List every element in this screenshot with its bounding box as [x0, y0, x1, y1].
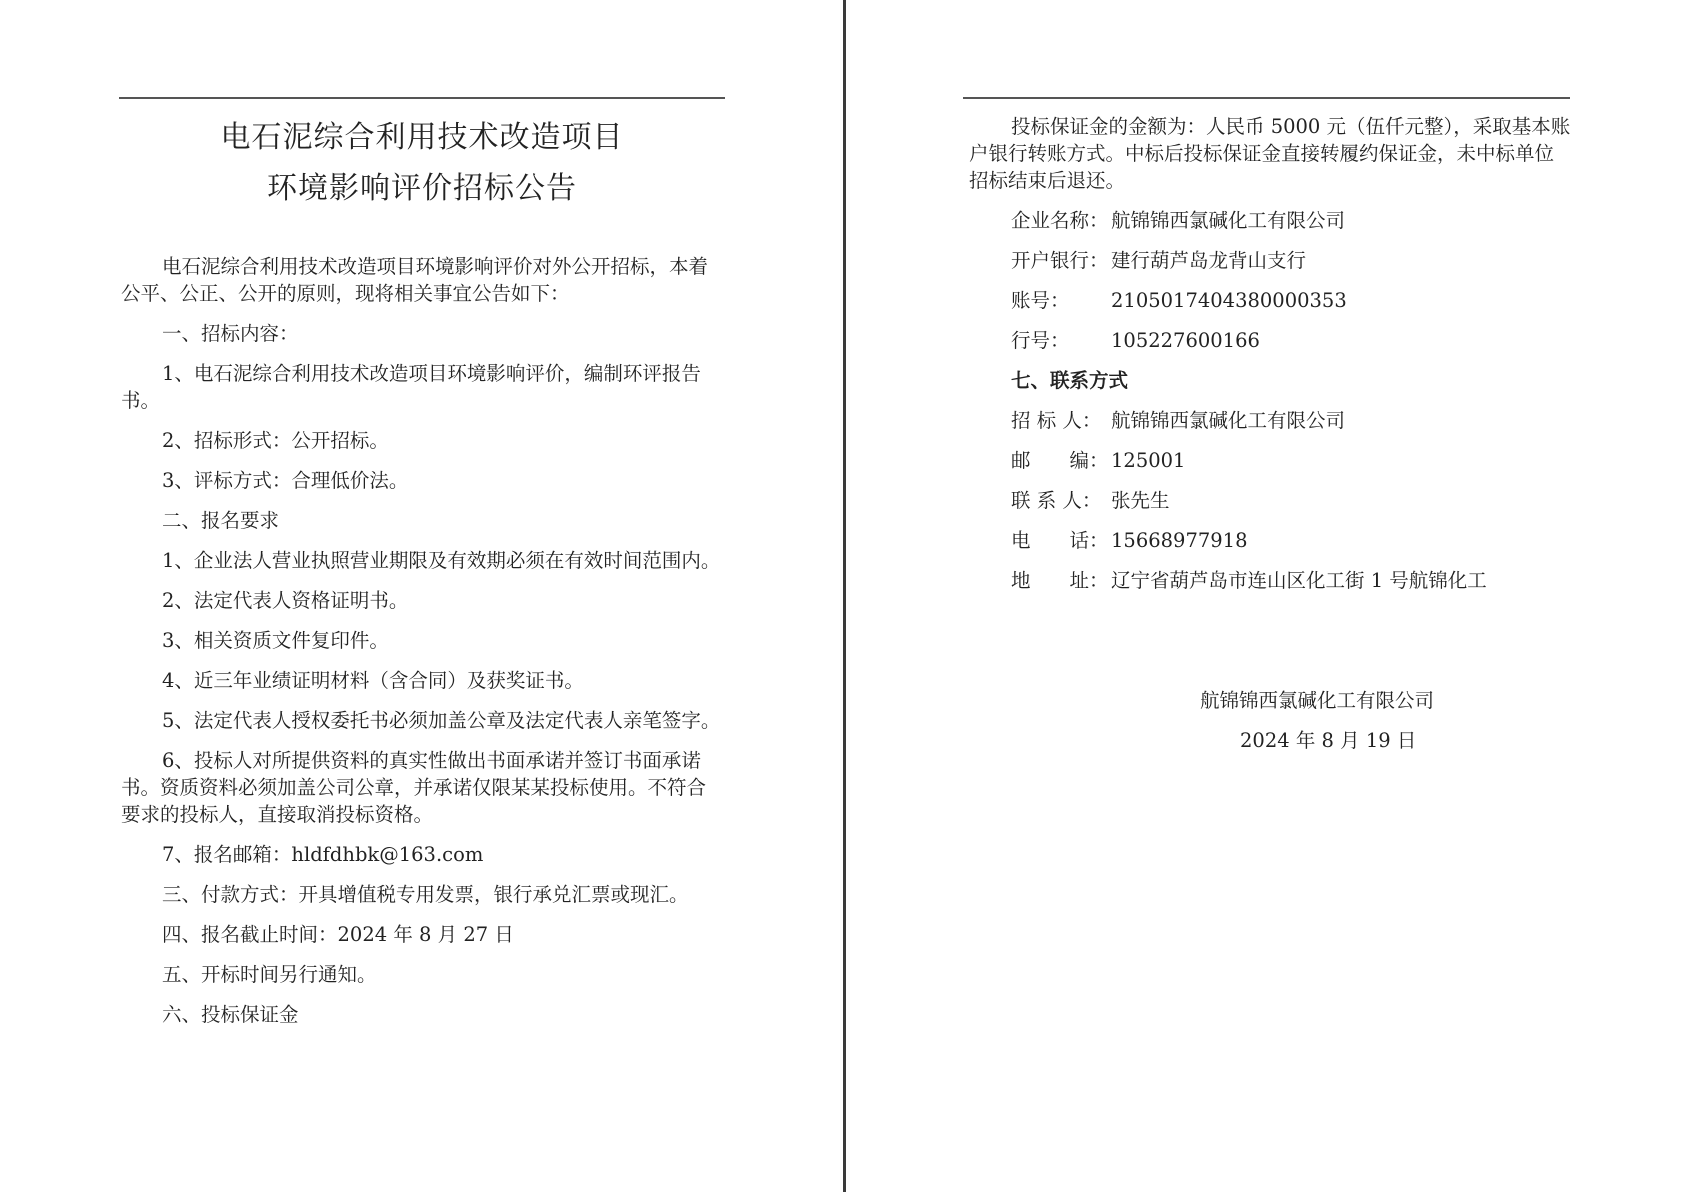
section6-heading: 六、投标保证金	[162, 1001, 299, 1028]
section3-payment: 三、付款方式：开具增值税专用发票，银行承兑汇票或现汇。	[162, 881, 689, 908]
field-value: 航锦锦西氯碱化工有限公司	[1111, 207, 1345, 234]
header-rule	[963, 97, 1570, 99]
section1-item1-line1: 1、电石泥综合利用技术改造项目环境影响评价，编制环评报告	[162, 360, 701, 387]
field-label: 邮 编：	[1011, 447, 1109, 474]
field-label: 电 话：	[1011, 527, 1109, 554]
section1-heading: 一、招标内容：	[162, 320, 299, 347]
section7-heading: 七、联系方式	[1011, 367, 1128, 394]
section5-opening: 五、开标时间另行通知。	[162, 961, 377, 988]
contact-person: 联 系 人：张先生	[1011, 487, 1101, 514]
right-page: 投标保证金的金额为：人民币 5000 元（伍仟元整），采取基本账 户银行转账方式…	[847, 0, 1688, 1192]
field-value: 航锦锦西氯碱化工有限公司	[1111, 407, 1345, 434]
field-label: 地 址：	[1011, 567, 1109, 594]
signature-company: 航锦锦西氯碱化工有限公司	[1200, 687, 1434, 714]
deposit-line2: 户银行转账方式。中标后投标保证金直接转履约保证金，未中标单位	[969, 140, 1554, 167]
section2-heading: 二、报名要求	[162, 507, 279, 534]
section2-item5: 5、法定代表人授权委托书必须加盖公章及法定代表人亲笔签字。	[162, 707, 720, 734]
bank-info-company: 企业名称：航锦锦西氯碱化工有限公司	[1011, 207, 1109, 234]
contact-tenderer: 招 标 人：航锦锦西氯碱化工有限公司	[1011, 407, 1101, 434]
field-value: 张先生	[1111, 487, 1170, 514]
field-value: 建行葫芦岛龙背山支行	[1111, 247, 1306, 274]
field-label: 企业名称：	[1011, 207, 1109, 234]
field-value: 15668977918	[1111, 527, 1247, 554]
page-divider	[843, 0, 846, 1192]
document-title-line2: 环境影响评价招标公告	[119, 163, 725, 207]
field-label: 账号：	[1011, 287, 1070, 314]
bank-info-bank-code: 行号：105227600166	[1011, 327, 1070, 354]
section2-item2: 2、法定代表人资格证明书。	[162, 587, 408, 614]
field-label: 联 系 人：	[1011, 487, 1101, 514]
section2-item4: 4、近三年业绩证明材料（含合同）及获奖证书。	[162, 667, 584, 694]
contact-phone: 电 话：15668977918	[1011, 527, 1109, 554]
field-value: 2105017404380000353	[1111, 287, 1347, 314]
section1-item2: 2、招标形式：公开招标。	[162, 427, 389, 454]
intro-paragraph-line2: 公平、公正、公开的原则，现将相关事宜公告如下：	[121, 280, 570, 307]
section2-item6-line2: 书。资质资料必须加盖公司公章，并承诺仅限某某投标使用。不符合	[121, 774, 706, 801]
field-label: 开户银行：	[1011, 247, 1109, 274]
section1-item1-line2: 书。	[121, 387, 160, 414]
section2-item7-email: 7、报名邮箱：hldfdhbk@163.com	[162, 841, 483, 868]
field-value: 125001	[1111, 447, 1185, 474]
document-title-line1: 电石泥综合利用技术改造项目	[119, 112, 725, 156]
left-page: 电石泥综合利用技术改造项目 环境影响评价招标公告 电石泥综合利用技术改造项目环境…	[0, 0, 843, 1192]
field-label: 行号：	[1011, 327, 1070, 354]
section2-item1: 1、企业法人营业执照营业期限及有效期必须在有效时间范围内。	[162, 547, 720, 574]
field-value: 105227600166	[1111, 327, 1260, 354]
header-rule	[119, 97, 725, 99]
contact-address: 地 址：辽宁省葫芦岛市连山区化工街 1 号航锦化工	[1011, 567, 1109, 594]
contact-postcode: 邮 编：125001	[1011, 447, 1109, 474]
section2-item3: 3、相关资质文件复印件。	[162, 627, 389, 654]
bank-info-bank: 开户银行：建行葫芦岛龙背山支行	[1011, 247, 1109, 274]
signature-date: 2024 年 8 月 19 日	[1240, 727, 1416, 754]
field-value: 辽宁省葫芦岛市连山区化工街 1 号航锦化工	[1111, 567, 1487, 594]
intro-paragraph-line1: 电石泥综合利用技术改造项目环境影响评价对外公开招标，本着	[162, 253, 708, 280]
section2-item6-line1: 6、投标人对所提供资料的真实性做出书面承诺并签订书面承诺	[162, 747, 701, 774]
section4-deadline: 四、报名截止时间：2024 年 8 月 27 日	[162, 921, 514, 948]
bank-info-account: 账号：2105017404380000353	[1011, 287, 1070, 314]
deposit-line1: 投标保证金的金额为：人民币 5000 元（伍仟元整），采取基本账	[1011, 113, 1570, 140]
field-label: 招 标 人：	[1011, 407, 1101, 434]
deposit-line3: 招标结束后退还。	[969, 167, 1125, 194]
section1-item3: 3、评标方式：合理低价法。	[162, 467, 408, 494]
section2-item6-line3: 要求的投标人，直接取消投标资格。	[121, 801, 433, 828]
